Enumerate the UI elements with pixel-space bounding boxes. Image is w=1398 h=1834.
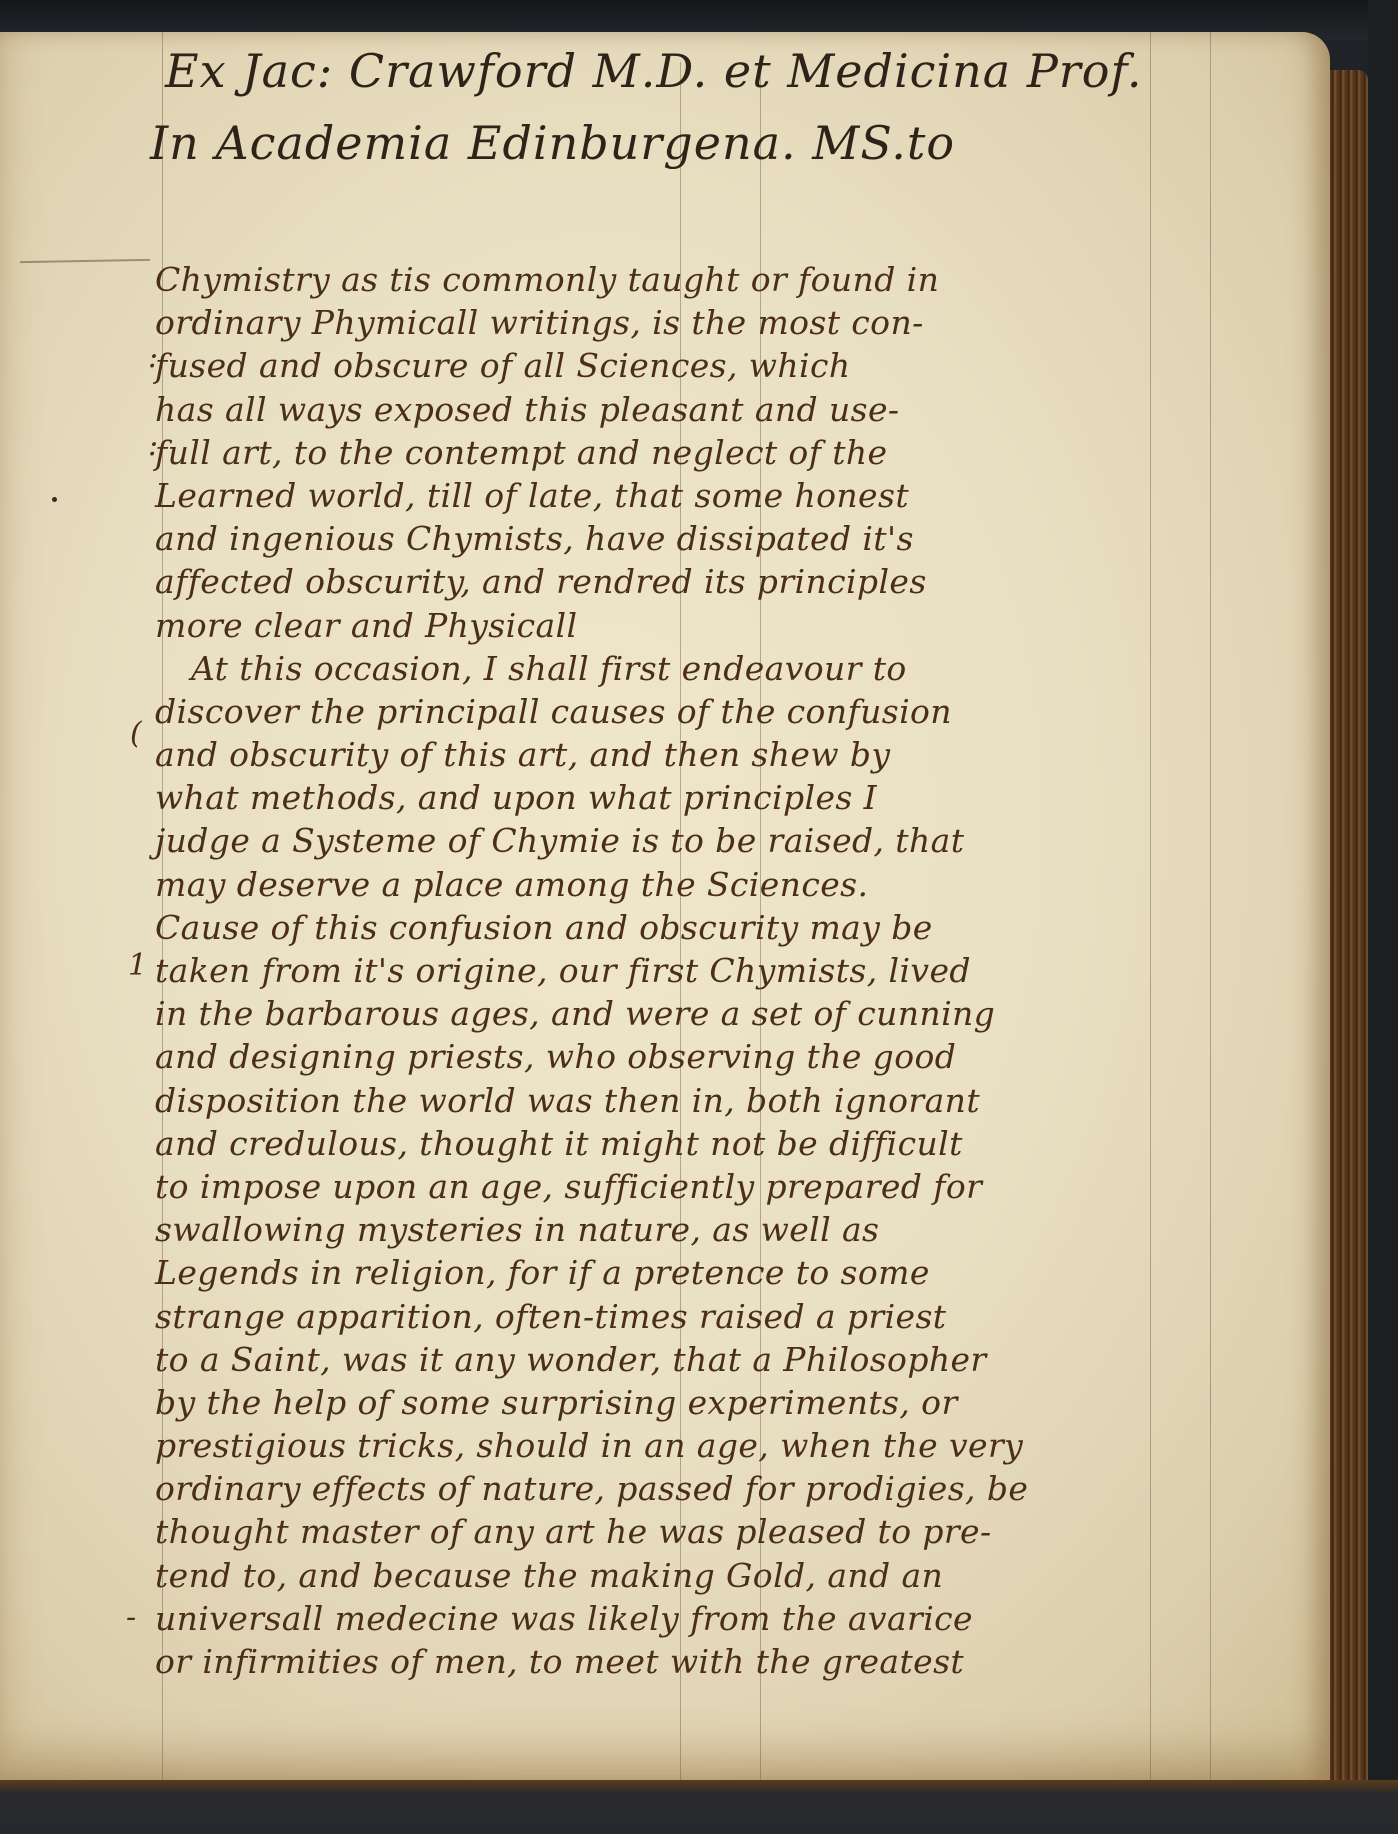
- text-line: universall medecine was likely from the …: [155, 1597, 1175, 1640]
- text-line: full art, to the contempt and neglect of…: [155, 431, 1175, 474]
- text-line: fused and obscure of all Sciences, which: [155, 344, 1175, 387]
- text-line: Chymistry as tis commonly taught or foun…: [155, 258, 1175, 301]
- text-line: to impose upon an age, sufficiently prep…: [155, 1165, 1175, 1208]
- text-line: disposition the world was then in, both …: [155, 1079, 1175, 1122]
- text-line: or infirmities of men, to meet with the …: [155, 1640, 1175, 1683]
- text-line: Learned world, till of late, that some h…: [155, 474, 1175, 517]
- margin-hyphen-mark: :: [148, 340, 158, 375]
- text-line: strange apparition, often-times raised a…: [155, 1295, 1175, 1338]
- text-line: judge a Systeme of Chymie is to be raise…: [155, 819, 1175, 862]
- text-line: affected obscurity, and rendred its prin…: [155, 560, 1175, 603]
- text-line: discover the principall causes of the co…: [155, 690, 1175, 733]
- text-line: has all ways exposed this pleasant and u…: [155, 388, 1175, 431]
- text-line: and designing priests, who observing the…: [155, 1035, 1175, 1078]
- heading-line-2: In Academia Edinburgena. MS.to: [150, 116, 955, 170]
- text-line: more clear and Physicall: [155, 604, 1175, 647]
- text-line: Legends in religion, for if a pretence t…: [155, 1251, 1175, 1294]
- text-line: and credulous, thought it might not be d…: [155, 1122, 1175, 1165]
- text-line: taken from it's origine, our first Chymi…: [155, 949, 1175, 992]
- header-rule: [20, 259, 150, 263]
- text-line: swallowing mysteries in nature, as well …: [155, 1208, 1175, 1251]
- text-line: prestigious tricks, should in an age, wh…: [155, 1424, 1175, 1467]
- margin-hyphen-mark: :: [148, 428, 158, 463]
- heading-line-1: Ex Jac: Crawford M.D. et Medicina Prof.: [165, 44, 1142, 98]
- margin-paren-mark: (: [130, 716, 142, 751]
- right-outer-rule: [1210, 32, 1211, 1782]
- text-line: to a Saint, was it any wonder, that a Ph…: [155, 1338, 1175, 1381]
- text-line: Cause of this confusion and obscurity ma…: [155, 906, 1175, 949]
- ink-speck: [52, 497, 57, 502]
- text-line: may deserve a place among the Sciences.: [155, 863, 1175, 906]
- text-line: ordinary Phymicall writings, is the most…: [155, 301, 1175, 344]
- text-line: thought master of any art he was pleased…: [155, 1510, 1175, 1553]
- text-line: and obscurity of this art, and then shew…: [155, 733, 1175, 776]
- text-line: and ingenious Chymists, have dissipated …: [155, 517, 1175, 560]
- margin-dash-mark: -: [126, 1600, 136, 1635]
- book-cover-bottom: [0, 1780, 1398, 1834]
- book-cover-right: [1368, 0, 1398, 1834]
- text-line: At this occasion, I shall first endeavou…: [155, 647, 1175, 690]
- text-line: ordinary effects of nature, passed for p…: [155, 1467, 1175, 1510]
- text-line: what methods, and upon what principles I: [155, 776, 1175, 819]
- text-line: by the help of some surprising experimen…: [155, 1381, 1175, 1424]
- section-number: 1: [128, 948, 147, 983]
- text-line: in the barbarous ages, and were a set of…: [155, 992, 1175, 1035]
- manuscript-body: Chymistry as tis commonly taught or foun…: [155, 258, 1175, 1683]
- text-line: tend to, and because the making Gold, an…: [155, 1554, 1175, 1597]
